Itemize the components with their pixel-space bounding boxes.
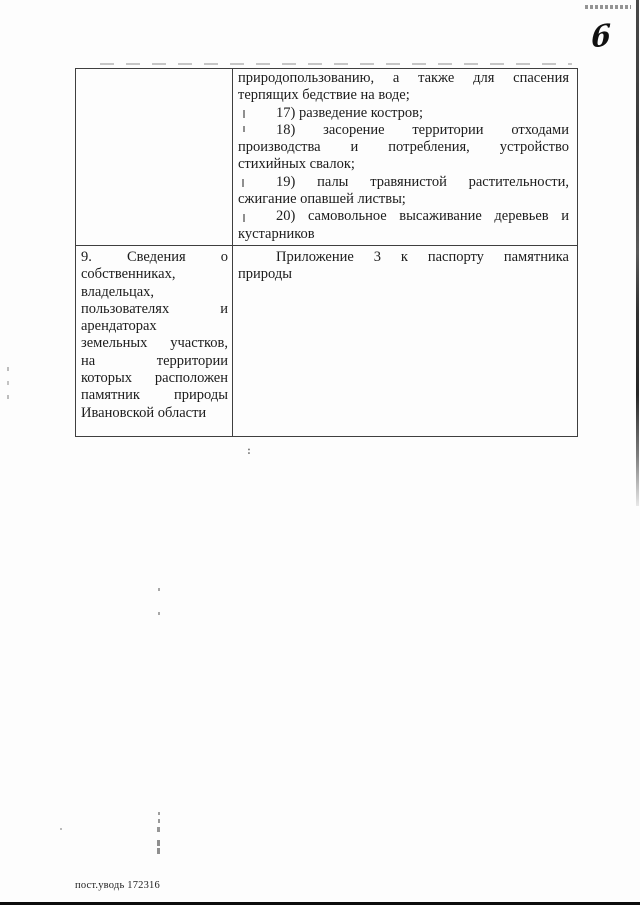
text-line: природы bbox=[238, 266, 569, 283]
text-line: природопользованию, а также для спасения bbox=[238, 70, 569, 87]
text-line: памятник природы bbox=[81, 387, 228, 404]
text-line: терпящих бедствие на воде; bbox=[238, 87, 569, 104]
footer-code: пост.уводь 172316 bbox=[75, 880, 160, 891]
scan-artifact-speck bbox=[157, 827, 160, 832]
scan-artifact-speck bbox=[7, 395, 9, 399]
text-line: пользователях и bbox=[81, 301, 228, 318]
text-line: 9. Сведения о bbox=[81, 249, 228, 266]
scan-artifact-tick bbox=[242, 179, 244, 187]
table-cell-row1-right: природопользованию, а также для спасения… bbox=[233, 69, 578, 246]
text-line: Приложение 3 к паспорту памятника bbox=[238, 249, 569, 266]
scan-artifact-speck bbox=[157, 848, 160, 854]
text-line: земельных участков, bbox=[81, 335, 228, 352]
table-row: 9. Сведения о собственниках, владельцах,… bbox=[76, 245, 578, 436]
scan-artifact-edge-line bbox=[636, 0, 639, 506]
text-line: 19) палы травянистой растительности, bbox=[238, 174, 569, 191]
table-cell-row2-right: Приложение 3 к паспорту памятника природ… bbox=[233, 245, 578, 436]
scan-artifact-ghost-line bbox=[100, 63, 572, 65]
handwritten-page-number: 6 bbox=[591, 17, 611, 55]
text-line: производства и потребления, устройство bbox=[238, 139, 569, 156]
text-line: кустарников bbox=[238, 226, 569, 243]
scan-artifact-speck bbox=[7, 367, 9, 371]
text-line: сжигание опавшей листвы; bbox=[238, 191, 569, 208]
scan-artifact-speck bbox=[158, 612, 160, 615]
scan-artifact-speck bbox=[158, 588, 160, 591]
table-cell-row2-left: 9. Сведения о собственниках, владельцах,… bbox=[76, 245, 233, 436]
table-row: природопользованию, а также для спасения… bbox=[76, 69, 578, 246]
text-line: 20) самовольное высаживание деревьев и bbox=[238, 208, 569, 225]
text-line: арендаторах bbox=[81, 318, 228, 335]
text-line: на территории bbox=[81, 353, 228, 370]
text-line: 17) разведение костров; bbox=[238, 105, 569, 122]
passport-table: природопользованию, а также для спасения… bbox=[75, 68, 578, 437]
text-line: стихийных свалок; bbox=[238, 156, 569, 173]
scan-artifact-tick bbox=[243, 214, 245, 222]
scan-artifact-speck bbox=[157, 840, 160, 846]
scan-artifact-speck bbox=[158, 819, 160, 823]
scan-artifact-speck bbox=[7, 381, 9, 385]
text-line: 18) засорение территории отходами bbox=[238, 122, 569, 139]
scan-artifact-tick bbox=[243, 126, 245, 132]
text-line: Ивановской области bbox=[81, 405, 228, 422]
scan-artifact-colon: : bbox=[247, 443, 251, 458]
scanned-document-page: 6 природопользованию, а также для спасен… bbox=[0, 0, 640, 905]
scan-artifact-tick bbox=[243, 110, 245, 118]
text-line: собственниках, bbox=[81, 266, 228, 283]
text-line: владельцах, bbox=[81, 284, 228, 301]
scan-artifact-speck bbox=[60, 828, 62, 830]
scan-artifact-microtext bbox=[585, 5, 631, 9]
text-line: которых расположен bbox=[81, 370, 228, 387]
table-cell-row1-left bbox=[76, 69, 233, 246]
scan-artifact-speck bbox=[158, 812, 160, 815]
